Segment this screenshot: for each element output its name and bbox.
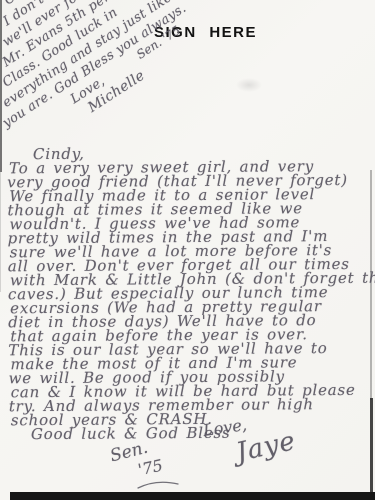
underline-flourish-icon: [136, 477, 180, 491]
scan-bottom-bar: [10, 492, 375, 500]
scan-edge-left-faint: [0, 172, 1, 292]
scanned-yearbook-page: SIGN HERE Cindy, I don't think we'll eve…: [0, 0, 375, 500]
jaye-letter: Cindy, To a very very sweet girl, and ve…: [7, 145, 373, 442]
michelle-note: Cindy, I don't think we'll ever forget M…: [0, 0, 237, 160]
pencil-smudge: [236, 78, 262, 92]
jaye-year-num: '75: [136, 456, 164, 480]
letter-farewell: Good luck & God Bless: [9, 425, 373, 442]
